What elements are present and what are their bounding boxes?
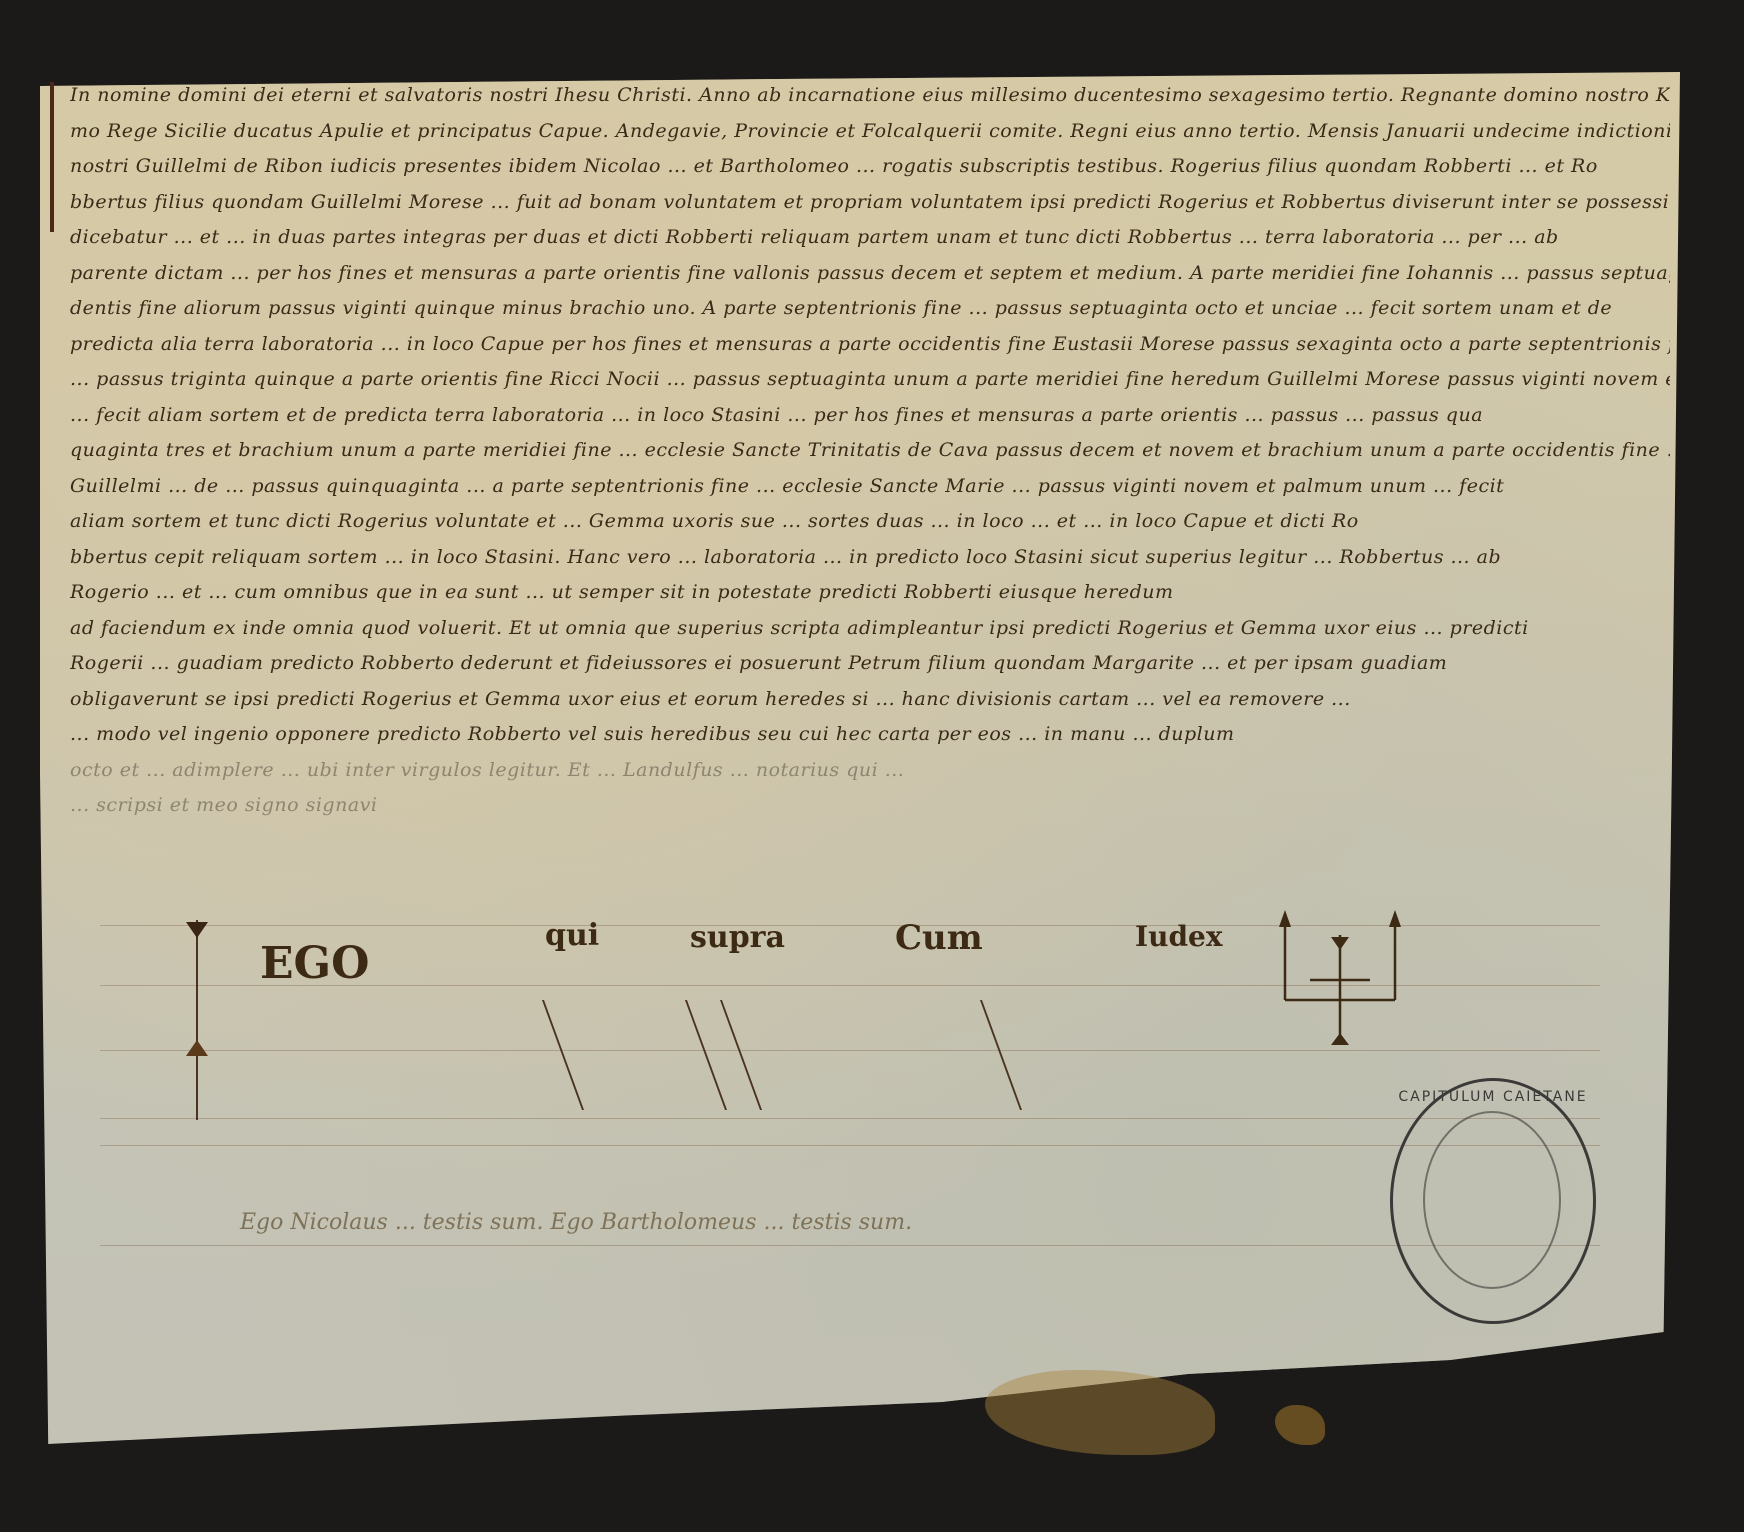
archive-stamp: CAPITULUM CAIETANE: [1390, 1078, 1596, 1324]
signature-mark: Iudex: [1135, 920, 1223, 953]
text-line: octo et ... adimplere ... ubi inter virg…: [70, 753, 1670, 789]
text-line: quaginta tres et brachium unum a parte m…: [70, 433, 1670, 469]
charter-text: In nomine domini dei eterni et salvatori…: [70, 78, 1670, 824]
ruled-line: [100, 1118, 1600, 1119]
signature-mark: qui: [545, 918, 599, 953]
text-line: predicta alia terra laboratoria ... in l…: [70, 327, 1670, 363]
signature-mark: Cum: [895, 918, 983, 958]
text-line: nostri Guillelmi de Ribon iudicis presen…: [70, 149, 1670, 185]
text-line: dentis fine aliorum passus viginti quinq…: [70, 291, 1670, 327]
water-stain: [985, 1370, 1215, 1455]
witness-subscription: Ego Nicolaus ... testis sum. Ego Barthol…: [240, 1210, 912, 1235]
text-line: dicebatur ... et ... in duas partes inte…: [70, 220, 1670, 256]
ruled-line: [100, 1245, 1600, 1246]
text-line: ... scripsi et meo signo signavi: [70, 788, 1670, 824]
text-line: ... fecit aliam sortem et de predicta te…: [70, 398, 1670, 434]
text-line: bbertus filius quondam Guillelmi Morese …: [70, 185, 1670, 221]
signature-mark: supra: [690, 920, 785, 955]
water-stain: [1275, 1405, 1325, 1445]
ruled-line: [100, 1145, 1600, 1146]
main-signature: EGO: [260, 938, 369, 989]
notary-sign-icon: [1265, 905, 1415, 1055]
text-line: ... modo vel ingenio opponere predicto R…: [70, 717, 1670, 753]
text-line: obligaverunt se ipsi predicti Rogerius e…: [70, 682, 1670, 718]
text-line: ... passus triginta quinque a parte orie…: [70, 362, 1670, 398]
text-line: Rogerio ... et ... cum omnibus que in ea…: [70, 575, 1670, 611]
decorated-initial: [50, 82, 70, 232]
text-line: parente dictam ... per hos fines et mens…: [70, 256, 1670, 292]
text-line: bbertus cepit reliquam sortem ... in loc…: [70, 540, 1670, 576]
text-line: aliam sortem et tunc dicti Rogerius volu…: [70, 504, 1670, 540]
stamp-emblem-icon: [1423, 1111, 1561, 1289]
stamp-text: CAPITULUM CAIETANE: [1393, 1089, 1593, 1105]
text-line: mo Rege Sicilie ducatus Apulie et princi…: [70, 114, 1670, 150]
text-line: In nomine domini dei eterni et salvatori…: [70, 78, 1670, 114]
text-line: ad faciendum ex inde omnia quod voluerit…: [70, 611, 1670, 647]
text-line: Rogerii ... guadiam predicto Robberto de…: [70, 646, 1670, 682]
text-line: Guillelmi ... de ... passus quinquaginta…: [70, 469, 1670, 505]
